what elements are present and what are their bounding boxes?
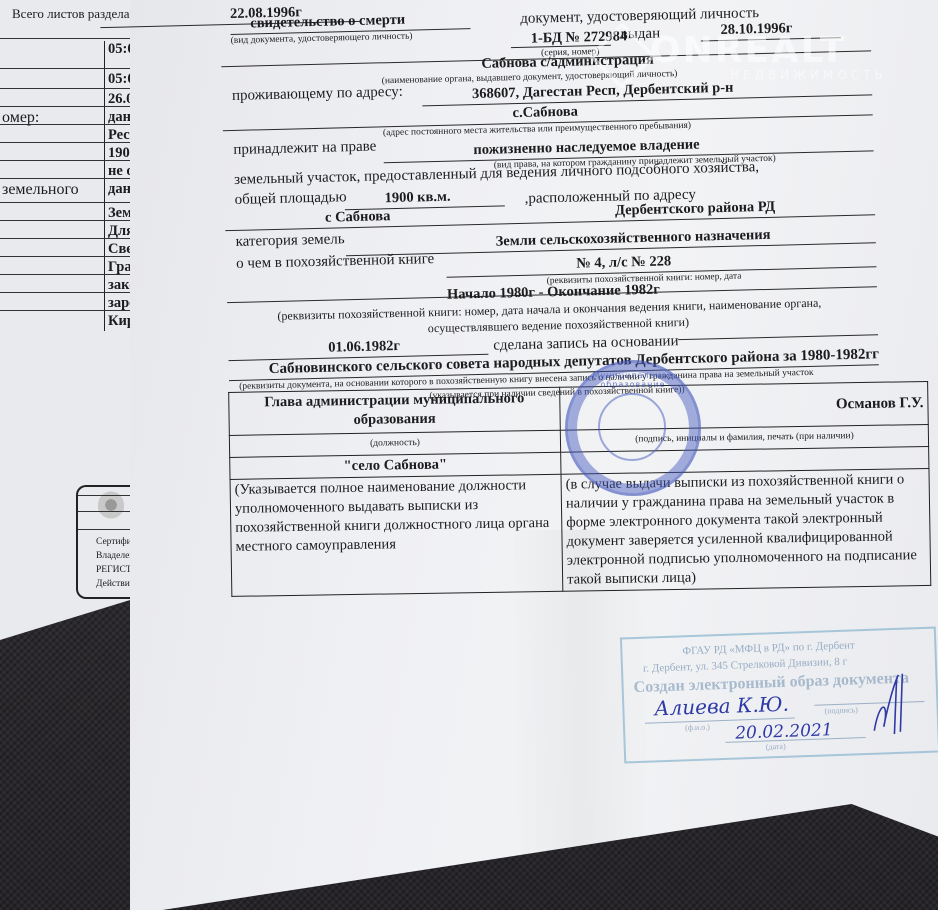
back-sheet-row: Для в (0, 220, 150, 239)
back-sheet-row: 1900 (0, 142, 150, 161)
handwritten-name: Алиева К.Ю. (654, 692, 789, 721)
cert-line: Сертифи (96, 537, 132, 547)
back-sheet-title: Всего листов раздела (12, 6, 130, 22)
back-sheet-row: омер:данны (0, 106, 150, 125)
back-sheet-row: закон (0, 274, 150, 293)
watermark: ONREALT НЕДВИЖИМОСТЬ (650, 30, 846, 71)
mfc-line-1: ФГАУ РД «МФЦ в РД» по г. Дербент (682, 639, 855, 657)
mfc-stamp: ФГАУ РД «МФЦ в РД» по г. Дербент г. Дерб… (620, 627, 938, 764)
row-label: земельного (2, 181, 79, 199)
back-sheet-row: 05:07:0 (0, 38, 150, 69)
caption-signature: (подпись) (824, 705, 858, 715)
back-sheet-row: зарег (0, 292, 150, 311)
back-sheet-row: 05:07:0 (0, 68, 150, 89)
round-seal: Муниципальное образование (565, 360, 701, 496)
cert-line: Действи (96, 579, 130, 589)
signature-scribble-icon (868, 670, 910, 741)
seal-emblem-icon (598, 393, 666, 461)
back-sheet-row: Кирх. (0, 310, 150, 329)
back-sheet-row: не опр (0, 160, 150, 179)
back-sheet-row: Сведе (0, 238, 150, 257)
back-sheet-row: Грани (0, 256, 150, 275)
cert-line: Владелец (96, 551, 134, 561)
note-left: (Указывается полное наименование должнос… (230, 474, 563, 596)
back-sheet-row: 26.02.2 (0, 88, 150, 107)
back-sheet-row: Респ Д (0, 124, 150, 143)
handwritten-date: 20.02.2021 (735, 720, 833, 743)
back-sheet-row: земельногоданн (0, 178, 150, 203)
back-sheet-row: Земли (0, 202, 150, 221)
position-title: Глава администрации муниципального образ… (229, 387, 561, 435)
signature-block: Глава администрации муниципального образ… (222, 0, 938, 600)
caption-name: (ф.и.о.) (685, 722, 710, 732)
cert-line: РЕГИСТ (96, 565, 132, 575)
caption-date: (дата) (766, 742, 786, 752)
